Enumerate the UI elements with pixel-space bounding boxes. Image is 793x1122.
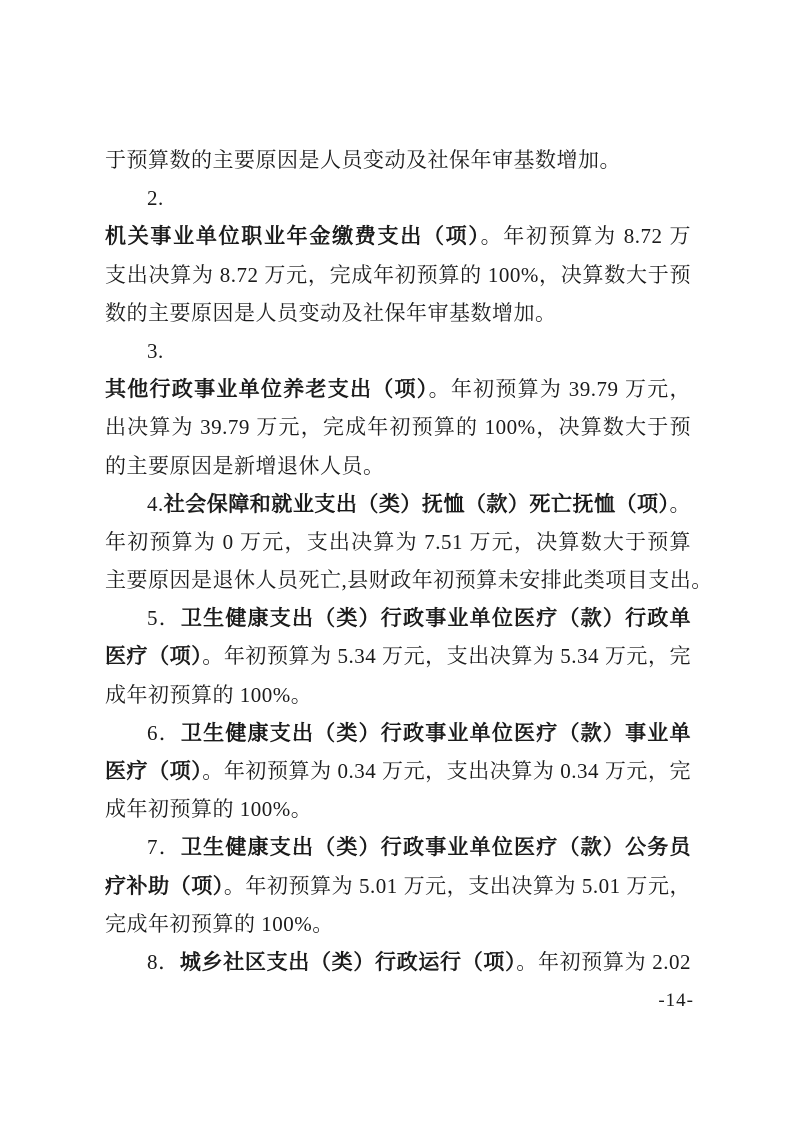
text-line: 3.社会保障和就业支出（类）行政事业单位养老支出（款） <box>105 332 691 370</box>
body-text-segment: 7． <box>147 835 181 859</box>
body-text-segment: 年初预算为 0 万元，支出决算为 7.51 万元，决算数大于预算数的 <box>105 530 691 561</box>
document-body: 于预算数的主要原因是人员变动及社保年审基数增加。2.社会保障和就业支出（类）行政… <box>105 141 691 981</box>
text-line: 成年初预算的 100%。 <box>105 676 691 714</box>
bold-heading-segment: 卫生健康支出（类）行政事业单位医疗（款）行政单位 <box>147 606 691 637</box>
body-text-segment: 3. <box>147 339 164 363</box>
bold-heading-segment: 城乡社区支出（类）行政运行（项） <box>180 950 516 974</box>
text-line: 8．城乡社区支出（类）行政运行（项）。年初预算为 2.02 <box>105 943 691 981</box>
text-line: 主要原因是退休人员死亡,县财政年初预算未安排此类项目支出。 <box>105 561 691 599</box>
body-text-segment: 的主要原因是新增退休人员。 <box>105 454 385 478</box>
text-line: 6．卫生健康支出（类）行政事业单位医疗（款）事业单位 <box>105 714 691 752</box>
bold-heading-segment: 医疗（项） <box>105 759 202 783</box>
document-page: 于预算数的主要原因是人员变动及社保年审基数增加。2.社会保障和就业支出（类）行政… <box>0 0 793 1122</box>
bold-heading-segment: 卫生健康支出（类）行政事业单位医疗（款）公务员医 <box>147 835 691 866</box>
page-number: -14- <box>658 988 694 1014</box>
text-line: 5．卫生健康支出（类）行政事业单位医疗（款）行政单位 <box>105 599 691 637</box>
body-text-segment: 。年初预算为 2.02 <box>516 950 691 974</box>
text-line: 医疗（项）。年初预算为 0.34 万元，支出决算为 0.34 万元，完 <box>105 752 691 790</box>
body-text-segment: 。年初预算为 5.34 万元，支出决算为 5.34 万元，完 <box>202 644 691 668</box>
body-text-segment: 2. <box>147 186 164 210</box>
body-text-segment: 。 <box>670 492 692 516</box>
bold-heading-segment: 疗补助（项） <box>105 874 224 898</box>
text-line: 其他行政事业单位养老支出（项）。年初预算为 39.79 万元，支 <box>105 370 691 408</box>
text-line: 的主要原因是新增退休人员。 <box>105 447 691 485</box>
body-text-segment: 6． <box>147 721 181 745</box>
bold-heading-segment: 机关事业单位职业年金缴费支出（项） <box>105 224 481 248</box>
body-text-segment: 于预算数的主要原因是人员变动及社保年审基数增加。 <box>105 148 621 172</box>
text-line: 数的主要原因是人员变动及社保年审基数增加。 <box>105 294 691 332</box>
text-line: 机关事业单位职业年金缴费支出（项）。年初预算为 8.72 万元， <box>105 217 691 255</box>
text-line: 4.社会保障和就业支出（类）抚恤（款）死亡抚恤（项）。 <box>105 485 691 523</box>
text-line: 于预算数的主要原因是人员变动及社保年审基数增加。 <box>105 141 691 179</box>
text-line: 年初预算为 0 万元，支出决算为 7.51 万元，决算数大于预算数的 <box>105 523 691 561</box>
body-text-segment: 成年初预算的 100%。 <box>105 797 312 821</box>
text-line: 成年初预算的 100%。 <box>105 790 691 828</box>
text-line: 出决算为 39.79 万元，完成年初预算的 100%，决算数大于预算数 <box>105 408 691 446</box>
body-text-segment: 成年初预算的 100%。 <box>105 683 312 707</box>
body-text-segment: 8． <box>147 950 180 974</box>
body-text-segment: 出决算为 39.79 万元，完成年初预算的 100%，决算数大于预算数 <box>105 415 691 446</box>
body-text-segment: 主要原因是退休人员死亡,县财政年初预算未安排此类项目支出。 <box>105 568 713 592</box>
text-line: 2.社会保障和就业支出（类）行政事业单位养老支出（款） <box>105 179 691 217</box>
body-text-segment: 数的主要原因是人员变动及社保年审基数增加。 <box>105 301 557 325</box>
bold-heading-segment: 医疗（项） <box>105 644 202 668</box>
bold-heading-segment: 其他行政事业单位养老支出（项） <box>105 377 429 401</box>
body-text-segment: 5． <box>147 606 181 630</box>
body-text-segment: 支出决算为 8.72 万元，完成年初预算的 100%，决算数大于预算 <box>105 263 691 294</box>
text-line: 医疗（项）。年初预算为 5.34 万元，支出决算为 5.34 万元，完 <box>105 637 691 675</box>
body-text-segment: 。年初预算为 0.34 万元，支出决算为 0.34 万元，完 <box>202 759 691 783</box>
body-text-segment: 完成年初预算的 100%。 <box>105 912 334 936</box>
body-text-segment: 4. <box>147 492 164 516</box>
text-line: 疗补助（项）。年初预算为 5.01 万元，支出决算为 5.01 万元， <box>105 867 691 905</box>
text-line: 完成年初预算的 100%。 <box>105 905 691 943</box>
body-text-segment: 。年初预算为 5.01 万元，支出决算为 5.01 万元， <box>224 874 691 898</box>
text-line: 支出决算为 8.72 万元，完成年初预算的 100%，决算数大于预算 <box>105 256 691 294</box>
bold-heading-segment: 社会保障和就业支出（类）抚恤（款）死亡抚恤（项） <box>164 492 670 516</box>
text-line: 7．卫生健康支出（类）行政事业单位医疗（款）公务员医 <box>105 828 691 866</box>
bold-heading-segment: 卫生健康支出（类）行政事业单位医疗（款）事业单位 <box>147 721 691 752</box>
